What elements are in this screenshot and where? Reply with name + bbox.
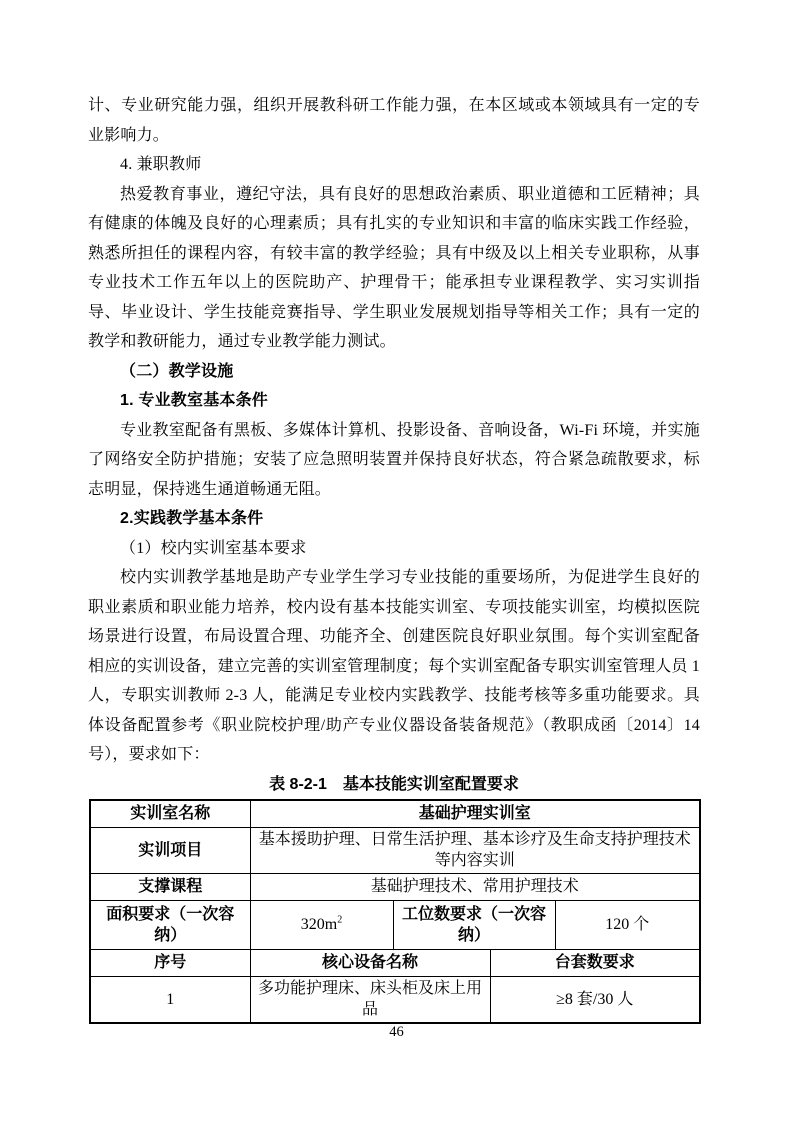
table-row-courses: 支撑课程 基础护理技术、常用护理技术 [90,873,700,900]
room-name-value: 基础护理实训室 [250,800,700,827]
heading-practice-teaching-conditions: 2.实践教学基本条件 [88,504,700,534]
body-paragraph-classroom-equipment: 专业教室配备有黑板、多媒体计算机、投影设备、音响设备，Wi-Fi 环境，并实施了… [88,416,700,505]
projects-value: 基本援助护理、日常生活护理、基本诊疗及生命支持护理技术等内容实训 [250,827,700,873]
equipment-quantity: ≥8 套/30 人 [490,976,700,1023]
quantity-header: 台套数要求 [490,949,700,976]
equipment-header: 核心设备名称 [250,949,490,976]
courses-label: 支撑课程 [90,873,250,900]
room-name-label: 实训室名称 [90,800,250,827]
courses-value: 基础护理技术、常用护理技术 [250,873,700,900]
table-row-equipment-header: 序号 核心设备名称 台套数要求 [90,949,700,976]
subheading-part-time-teachers: 4. 兼职教师 [88,150,700,180]
subheading-training-room-requirements: （1）校内实训室基本要求 [88,534,700,564]
page-number: 46 [0,1024,793,1041]
area-value-number: 320m [301,916,337,933]
equipment-name: 多功能护理床、床头柜及床上用品 [250,976,490,1023]
body-paragraph-teacher-requirements: 热爱教育事业，遵纪守法，具有良好的思想政治素质、职业道德和工匠精神；具有健康的体… [88,180,700,357]
body-paragraph-continuation: 计、专业研究能力强，组织开展教科研工作能力强，在本区域或本领域具有一定的专业影响… [88,91,700,150]
table-row-equipment-1: 1 多功能护理床、床头柜及床上用品 ≥8 套/30 人 [90,976,700,1023]
table-row-projects: 实训项目 基本援助护理、日常生活护理、基本诊疗及生命支持护理技术等内容实训 [90,827,700,873]
table-row-room-name: 实训室名称 基础护理实训室 [90,800,700,827]
area-label: 面积要求（一次容纳） [90,900,250,949]
body-paragraph-training-base: 校内实训教学基地是助产专业学生学习专业技能的重要场所，为促进学生良好的职业素质和… [88,563,700,770]
heading-classroom-basic-conditions: 1. 专业教室基本条件 [88,386,700,416]
table-caption: 表 8-2-1 基本技能实训室配置要求 [88,770,700,800]
heading-teaching-facilities: （二）教学设施 [88,357,700,387]
area-value: 320m2 [250,900,393,949]
area-value-superscript: 2 [337,915,342,926]
seq-header: 序号 [90,949,250,976]
document-content: 计、专业研究能力强，组织开展教科研工作能力强，在本区域或本领域具有一定的专业影响… [88,91,700,1024]
training-room-config-table: 实训室名称 基础护理实训室 实训项目 基本援助护理、日常生活护理、基本诊疗及生命… [89,799,701,1024]
projects-label: 实训项目 [90,827,250,873]
document-page: 计、专业研究能力强，组织开展教科研工作能力强，在本区域或本领域具有一定的专业影响… [0,0,793,1122]
table-row-area-stations: 面积要求（一次容纳） 320m2 工位数要求（一次容纳） 120 个 [90,900,700,949]
equipment-seq: 1 [90,976,250,1023]
stations-value: 120 个 [555,900,700,949]
stations-label: 工位数要求（一次容纳） [393,900,555,949]
